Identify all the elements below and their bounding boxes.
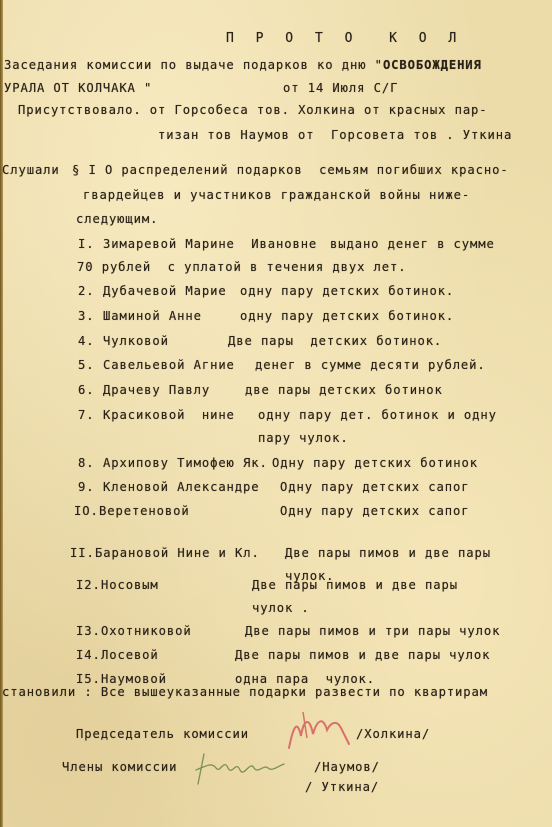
subtitle-line-1: Заседания комиссии по выдаче подарков ко…	[4, 58, 482, 72]
item-number: I4.	[76, 648, 101, 662]
item-gift: Одну пару детских ботинок	[272, 456, 478, 470]
item-recipient: Охотниковой	[101, 624, 192, 638]
item-number: 7.	[78, 408, 94, 422]
item-gift: Одну пару детских сапог	[280, 480, 469, 494]
item-gift: Две пары пимов и две пары чулок	[235, 648, 490, 662]
item-recipient: Кленовой Александре	[103, 480, 260, 494]
item-gift: Две пары пимов и две пары	[252, 578, 458, 592]
item-gift: денег в сумме десяти рублей.	[255, 358, 486, 372]
heard-label: Слушали	[2, 163, 60, 177]
item-number: IO.	[74, 504, 99, 518]
item-number: I3.	[76, 624, 101, 638]
heard-line-1: § I О распределений подарков семьям поги…	[72, 163, 509, 177]
member-2-name: / Уткина/	[305, 780, 379, 794]
subtitle-text: Заседания комиссии по выдаче подарков ко…	[4, 58, 383, 72]
page-edge	[0, 0, 3, 827]
present-line-2: тизан тов Наумов от Горсовета тов . Утки…	[158, 128, 512, 142]
item-recipient: Драчеву Павлу	[103, 383, 210, 397]
heard-line-2: гвардейцев и участников гражданской войн…	[83, 188, 470, 202]
item-number: 4.	[78, 334, 94, 348]
item-recipient: Чулковой	[103, 334, 169, 348]
green-signature	[192, 748, 292, 786]
item-recipient: Архипову Тимофею Як.	[103, 456, 268, 470]
subtitle-text-2: УРАЛА ОТ КОЛЧАКА "	[4, 81, 152, 95]
item-number: I5.	[76, 672, 101, 686]
item-gift: Две пары пимов и три пары чулок	[245, 624, 500, 638]
item-number: 8.	[78, 456, 94, 470]
chairman-label: Председатель комиссии	[76, 727, 249, 741]
item-gift-continued: чулок .	[252, 601, 310, 615]
subtitle-emphasis: ОСВОБОЖДЕНИЯ	[383, 58, 482, 72]
item-recipient: Лосевой	[101, 648, 159, 662]
subtitle-line-2: УРАЛА ОТ КОЛЧАКА "	[4, 81, 152, 95]
item-gift: одну пару детских ботинок.	[240, 309, 454, 323]
item-recipient: Красиковой нине	[103, 408, 235, 422]
item-number: I2.	[76, 578, 101, 592]
item-gift: одна пара чулок.	[235, 672, 375, 686]
item-number: 5.	[78, 358, 94, 372]
item-gift: две пары детских ботинок	[245, 383, 443, 397]
protocol-date: от 14 Июля С/Г	[283, 81, 398, 95]
item-gift: одну пару детских ботинок.	[240, 284, 454, 298]
item-number: 2.	[78, 284, 94, 298]
item-number: I.	[78, 237, 94, 251]
item-recipient: Наумовой	[101, 672, 167, 686]
chairman-name: /Холкина/	[356, 727, 430, 741]
item-recipient: Савельевой Агние	[103, 358, 235, 372]
item-number: 9.	[78, 480, 94, 494]
resolution: становили : Все вышеуказанные подарки ра…	[2, 685, 488, 699]
item-recipient: Зимаревой Марине Ивановне	[103, 237, 317, 251]
item-number: 6.	[78, 383, 94, 397]
item-gift: Две пары детских ботинок.	[228, 334, 442, 348]
item-number: II.	[70, 546, 95, 560]
item-number: 3.	[78, 309, 94, 323]
item-gift: выдано денег в сумме	[330, 237, 495, 251]
item-recipient: Дубачевой Марие	[103, 284, 227, 298]
item-recipient: Носовым	[101, 578, 159, 592]
item-recipient: Барановой Нине и Кл.	[95, 546, 260, 560]
member-1-name: /Наумов/	[314, 760, 380, 774]
members-label: Члены комиссии	[62, 760, 177, 774]
item-gift-continued: пару чулок.	[258, 431, 349, 445]
red-signature	[283, 708, 353, 756]
heard-line-3: следующим.	[76, 212, 158, 226]
present-line-1: Присутствовало. от Горсобеса тов. Холкин…	[18, 103, 488, 117]
item-recipient: Шаминой Анне	[103, 309, 202, 323]
item-gift: Две пары пимов и две пары	[285, 546, 491, 560]
item-gift: Одну пару детских сапог	[280, 504, 469, 518]
item-gift-continued: 70 рублей с уплатой в течения двух лет.	[77, 260, 407, 274]
document-title: П Р О Т О К О Л	[226, 32, 463, 46]
item-recipient: Веретеновой	[99, 504, 190, 518]
document-page: П Р О Т О К О Л Заседания комиссии по вы…	[0, 0, 552, 827]
item-gift: одну пару дет. ботинок и одну	[258, 408, 497, 422]
